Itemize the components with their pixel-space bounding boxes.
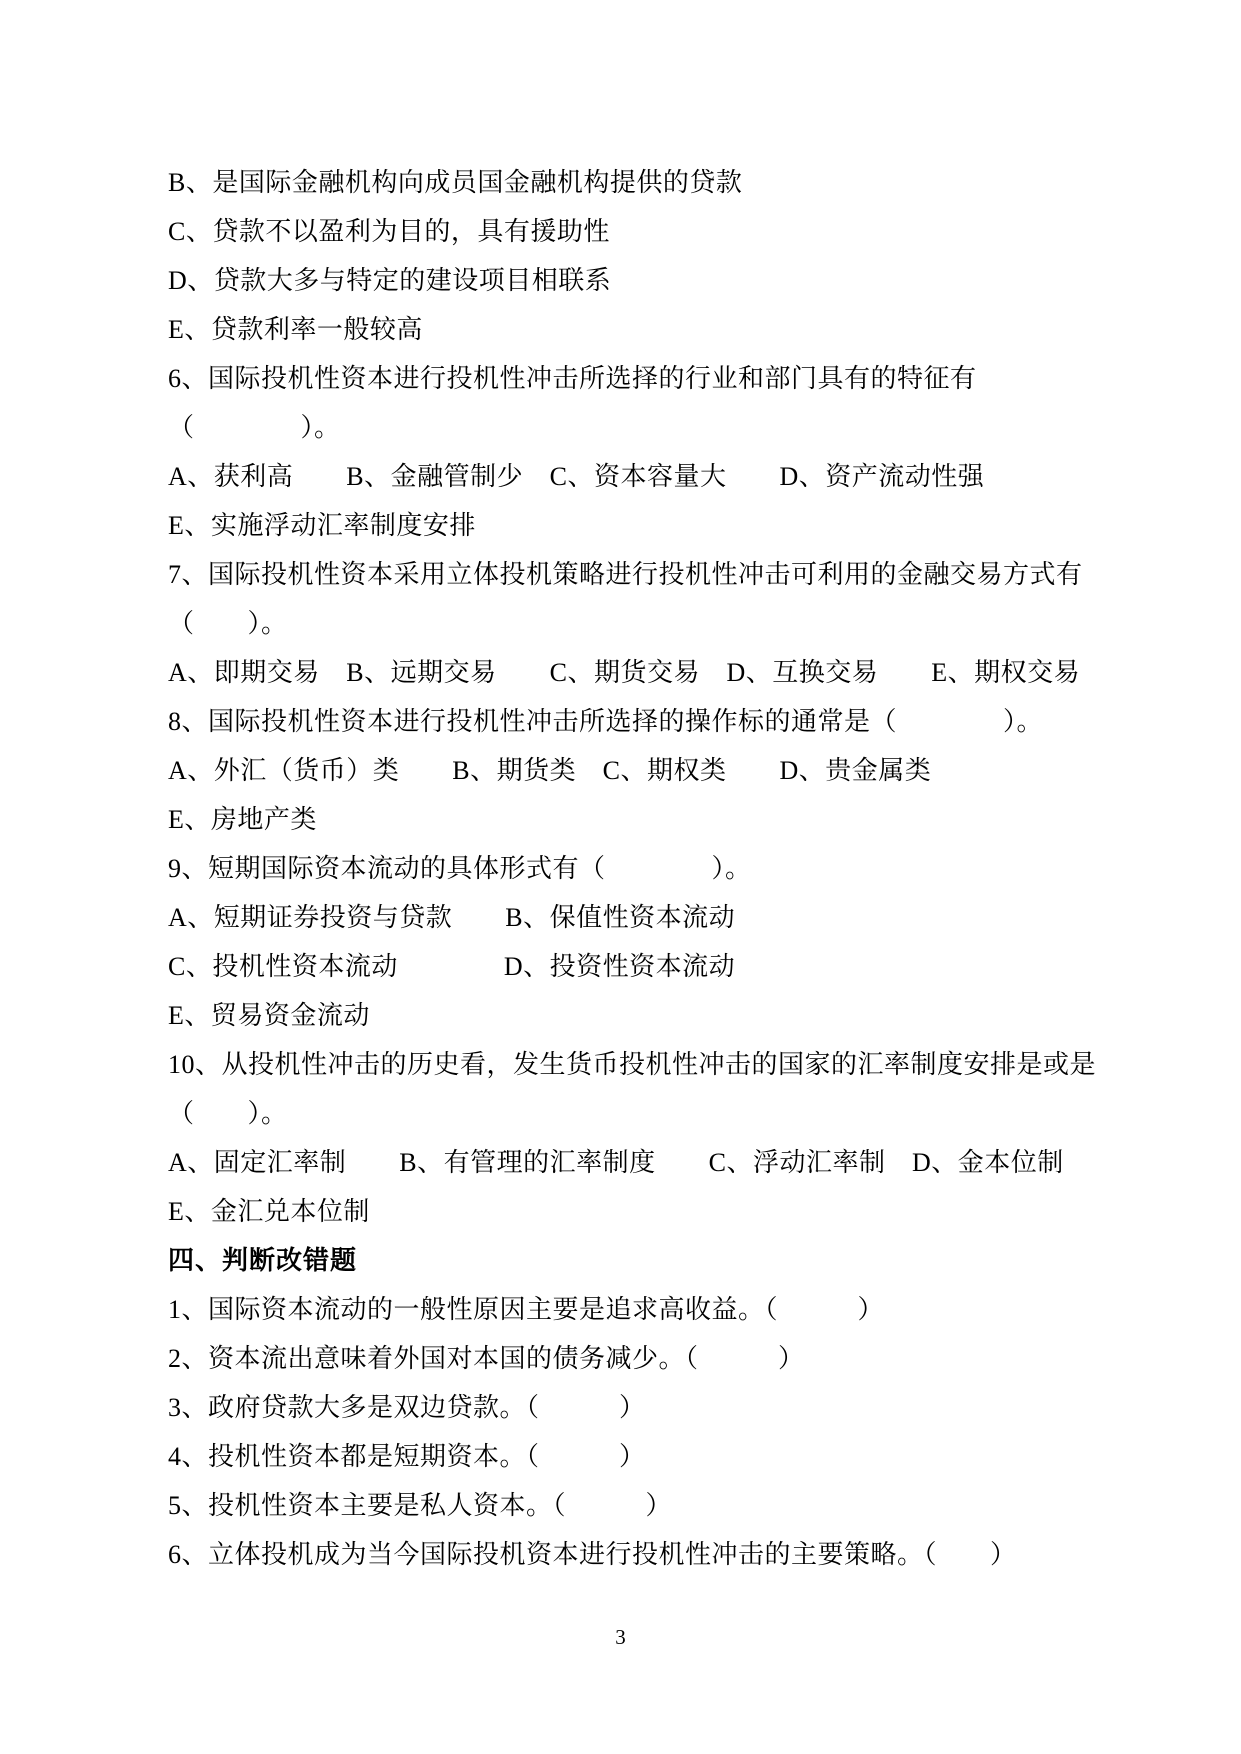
document-line: E、贷款利率一般较高 [168,305,1148,354]
document-line: A、即期交易 B、远期交易 C、期货交易 D、互换交易 E、期权交易 [168,648,1148,697]
exam-page: B、是国际金融机构向成员国金融机构提供的贷款C、贷款不以盈利为目的，具有援助性D… [0,0,1241,1754]
document-line: 9、短期国际资本流动的具体形式有（ ）。 [168,844,1148,893]
document-line: A、外汇（货币）类 B、期货类 C、期权类 D、贵金属类 [168,746,1148,795]
document-line: E、金汇兑本位制 [168,1187,1148,1236]
document-line: 3、政府贷款大多是双边贷款。（ ） [168,1383,1148,1432]
document-line: C、贷款不以盈利为目的，具有援助性 [168,207,1148,256]
document-line: D、贷款大多与特定的建设项目相联系 [168,256,1148,305]
document-line: 5、投机性资本主要是私人资本。（ ） [168,1481,1148,1530]
document-line: C、投机性资本流动 D、投资性资本流动 [168,942,1148,991]
document-line: E、房地产类 [168,795,1148,844]
document-line: A、获利高 B、金融管制少 C、资本容量大 D、资产流动性强 [168,452,1148,501]
document-line: A、固定汇率制 B、有管理的汇率制度 C、浮动汇率制 D、金本位制 [168,1138,1148,1187]
document-line: （ ）。 [168,1089,1148,1138]
section-heading: 四、判断改错题 [168,1236,1148,1285]
document-line: 4、投机性资本都是短期资本。（ ） [168,1432,1148,1481]
document-line: E、实施浮动汇率制度安排 [168,501,1148,550]
document-line: 10、从投机性冲击的历史看，发生货币投机性冲击的国家的汇率制度安排是或是 [168,1040,1148,1089]
document-line: （ ）。 [168,599,1148,648]
document-line: 6、立体投机成为当今国际投机资本进行投机性冲击的主要策略。（ ） [168,1530,1148,1579]
document-line: （ ）。 [168,403,1148,452]
document-line: 8、国际投机性资本进行投机性冲击所选择的操作标的通常是（ ）。 [168,697,1148,746]
document-line: 7、国际投机性资本采用立体投机策略进行投机性冲击可利用的金融交易方式有 [168,550,1148,599]
document-line: 1、国际资本流动的一般性原因主要是追求高收益。（ ） [168,1285,1148,1334]
document-line: 2、资本流出意味着外国对本国的债务减少。（ ） [168,1334,1148,1383]
document-body: B、是国际金融机构向成员国金融机构提供的贷款C、贷款不以盈利为目的，具有援助性D… [168,158,1148,1579]
document-line: E、贸易资金流动 [168,991,1148,1040]
page-number: 3 [0,1622,1241,1652]
document-line: A、短期证券投资与贷款 B、保值性资本流动 [168,893,1148,942]
document-line: 6、国际投机性资本进行投机性冲击所选择的行业和部门具有的特征有 [168,354,1148,403]
document-line: B、是国际金融机构向成员国金融机构提供的贷款 [168,158,1148,207]
